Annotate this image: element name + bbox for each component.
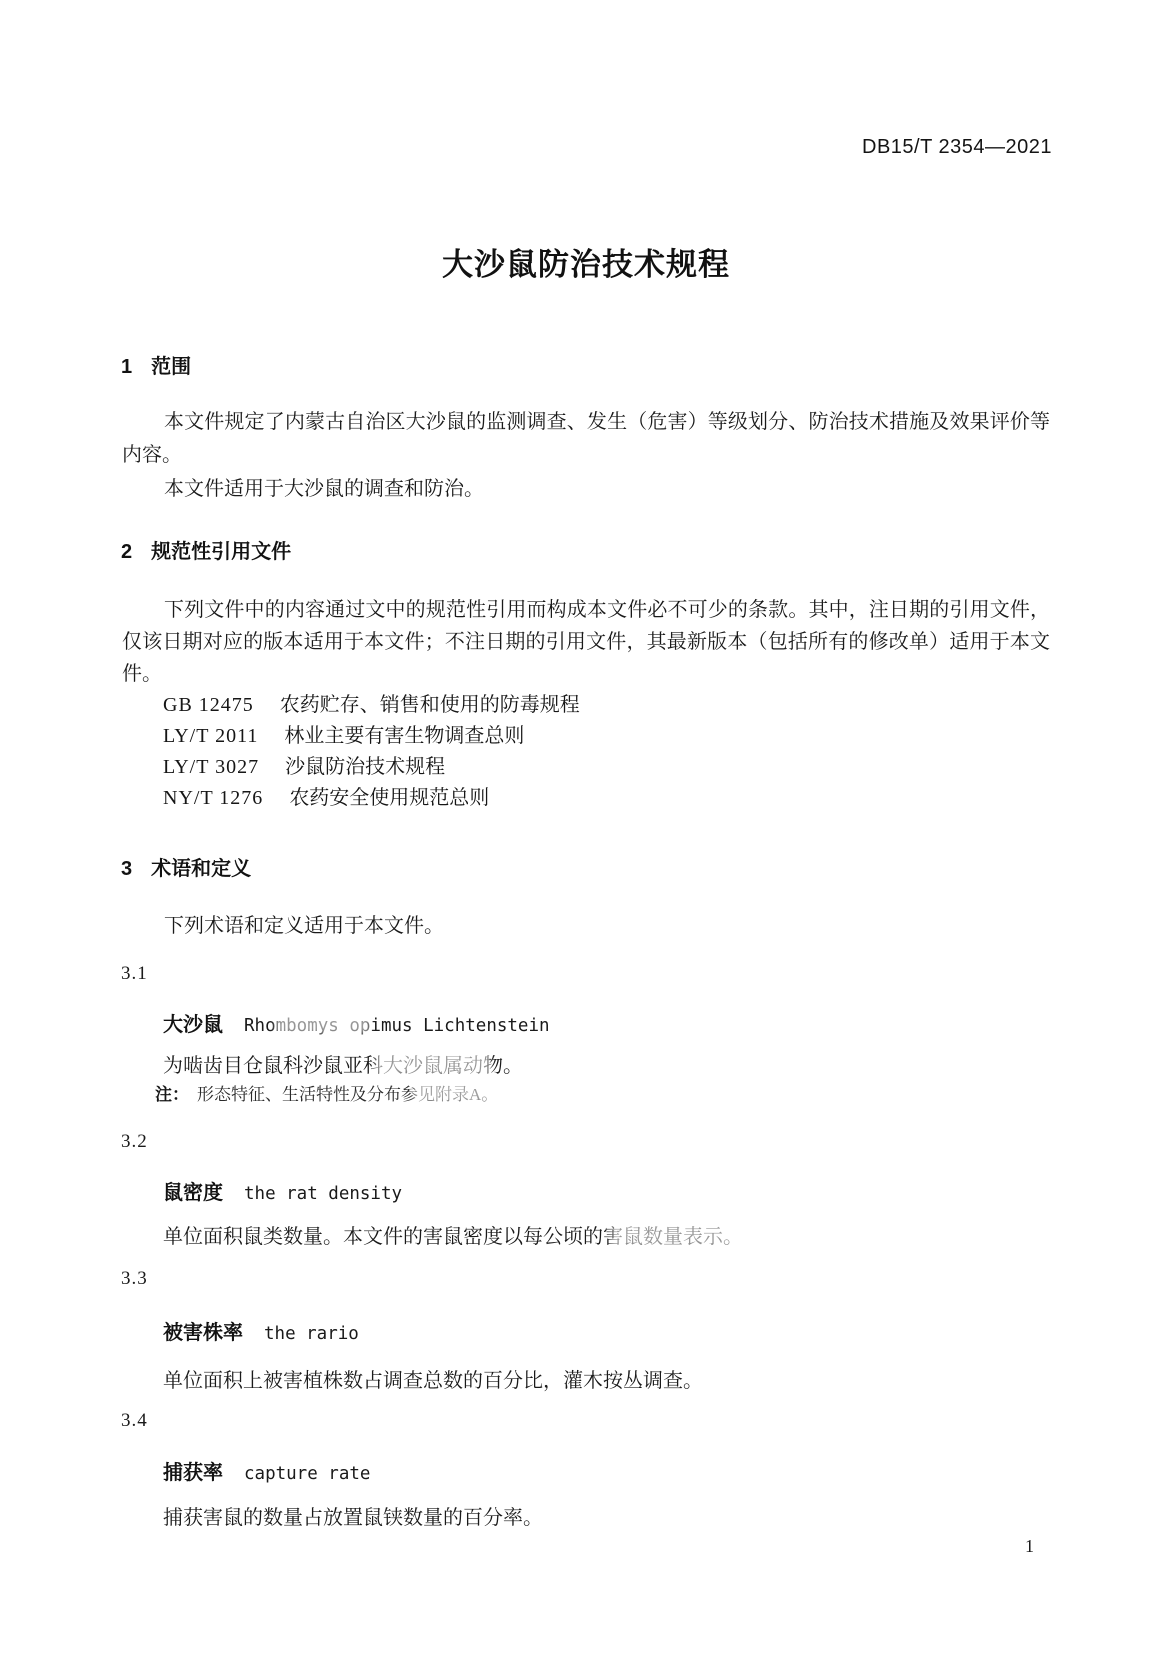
reference-title: 农药安全使用规范总则 — [289, 787, 489, 809]
reference-title: 农药贮存、销售和使用的防毒规程 — [280, 694, 580, 716]
term-3-1-zh: 大沙鼠 — [163, 1014, 223, 1036]
reference-title: 沙鼠防治技术规程 — [285, 756, 445, 778]
reference-title: 林业主要有害生物调查总则 — [284, 725, 524, 747]
normative-reference-list: GB 12475农药贮存、销售和使用的防毒规程 LY/T 2011林业主要有害生… — [163, 690, 1043, 814]
document-page: DB15/T 2354—2021 大沙鼠防治技术规程 1范围 本文件规定了内蒙古… — [0, 0, 1160, 1661]
term-3-4-definition: 捕获害鼠的数量占放置鼠铗数量的百分率。 — [163, 1502, 1050, 1535]
note-text: 形态特征、生活特性及分布参见附录A。 — [197, 1085, 498, 1104]
term-3-1-definition: 为啮齿目仓鼠科沙鼠亚科大沙鼠属动物。 — [163, 1050, 1050, 1083]
term-3-2-definition: 单位面积鼠类数量。本文件的害鼠密度以每公顷的害鼠数量表示。 — [163, 1221, 1050, 1254]
section-2-heading: 2规范性引用文件 — [121, 535, 291, 564]
section-3-intro: 下列术语和定义适用于本文件。 — [122, 910, 1050, 943]
standard-code: DB15/T 2354—2021 — [862, 136, 1052, 159]
reference-code: GB 12475 — [163, 694, 254, 716]
term-3-2-number: 3.2 — [121, 1131, 148, 1153]
section-3-heading: 3术语和定义 — [121, 852, 251, 881]
term-3-3-title: 被害株率the rario — [163, 1316, 359, 1345]
term-3-3-number: 3.3 — [121, 1268, 148, 1290]
term-3-2-en: the rat density — [244, 1184, 402, 1204]
term-3-1-note: 注：形态特征、生活特性及分布参见附录A。 — [155, 1083, 1050, 1107]
page-number: 1 — [1025, 1536, 1034, 1557]
note-label: 注： — [155, 1085, 189, 1104]
section-2-heading-text: 规范性引用文件 — [151, 541, 291, 563]
term-3-4-en: capture rate — [244, 1464, 370, 1484]
term-3-2-zh: 鼠密度 — [163, 1182, 223, 1204]
reference-item: GB 12475农药贮存、销售和使用的防毒规程 — [163, 690, 1043, 721]
section-3-heading-text: 术语和定义 — [151, 858, 251, 880]
reference-code: NY/T 1276 — [163, 787, 263, 809]
term-3-3-en: the rario — [264, 1324, 359, 1344]
term-3-3-zh: 被害株率 — [163, 1322, 243, 1344]
term-3-4-title: 捕获率capture rate — [163, 1456, 370, 1485]
section-2-intro: 下列文件中的内容通过文中的规范性引用而构成本文件必不可少的条款。其中，注日期的引… — [122, 594, 1050, 690]
term-3-4-zh: 捕获率 — [163, 1462, 223, 1484]
section-1-heading-text: 范围 — [151, 356, 191, 378]
term-3-3-definition: 单位面积上被害植株数占调查总数的百分比，灌木按丛调查。 — [163, 1365, 1050, 1398]
reference-item: NY/T 1276农药安全使用规范总则 — [163, 783, 1043, 814]
section-3-number: 3 — [121, 858, 132, 880]
section-1-number: 1 — [121, 356, 132, 378]
section-2-number: 2 — [121, 541, 132, 563]
reference-code: LY/T 3027 — [163, 756, 259, 778]
term-3-1-title: 大沙鼠Rhombomys opimus Lichtenstein — [163, 1008, 550, 1037]
term-3-1-number: 3.1 — [121, 963, 148, 985]
reference-item: LY/T 3027沙鼠防治技术规程 — [163, 752, 1043, 783]
term-3-1-en: Rhombomys opimus Lichtenstein — [244, 1016, 550, 1036]
term-3-4-number: 3.4 — [121, 1410, 148, 1432]
section-1-heading: 1范围 — [121, 350, 191, 379]
reference-item: LY/T 2011林业主要有害生物调查总则 — [163, 721, 1043, 752]
term-3-2-title: 鼠密度the rat density — [163, 1176, 402, 1205]
document-title: 大沙鼠防治技术规程 — [122, 239, 1050, 284]
reference-code: LY/T 2011 — [163, 725, 258, 747]
section-1-paragraph-1: 本文件规定了内蒙古自治区大沙鼠的监测调查、发生（危害）等级划分、防治技术措施及效… — [122, 406, 1050, 472]
section-1-paragraph-2: 本文件适用于大沙鼠的调查和防治。 — [122, 473, 1050, 506]
